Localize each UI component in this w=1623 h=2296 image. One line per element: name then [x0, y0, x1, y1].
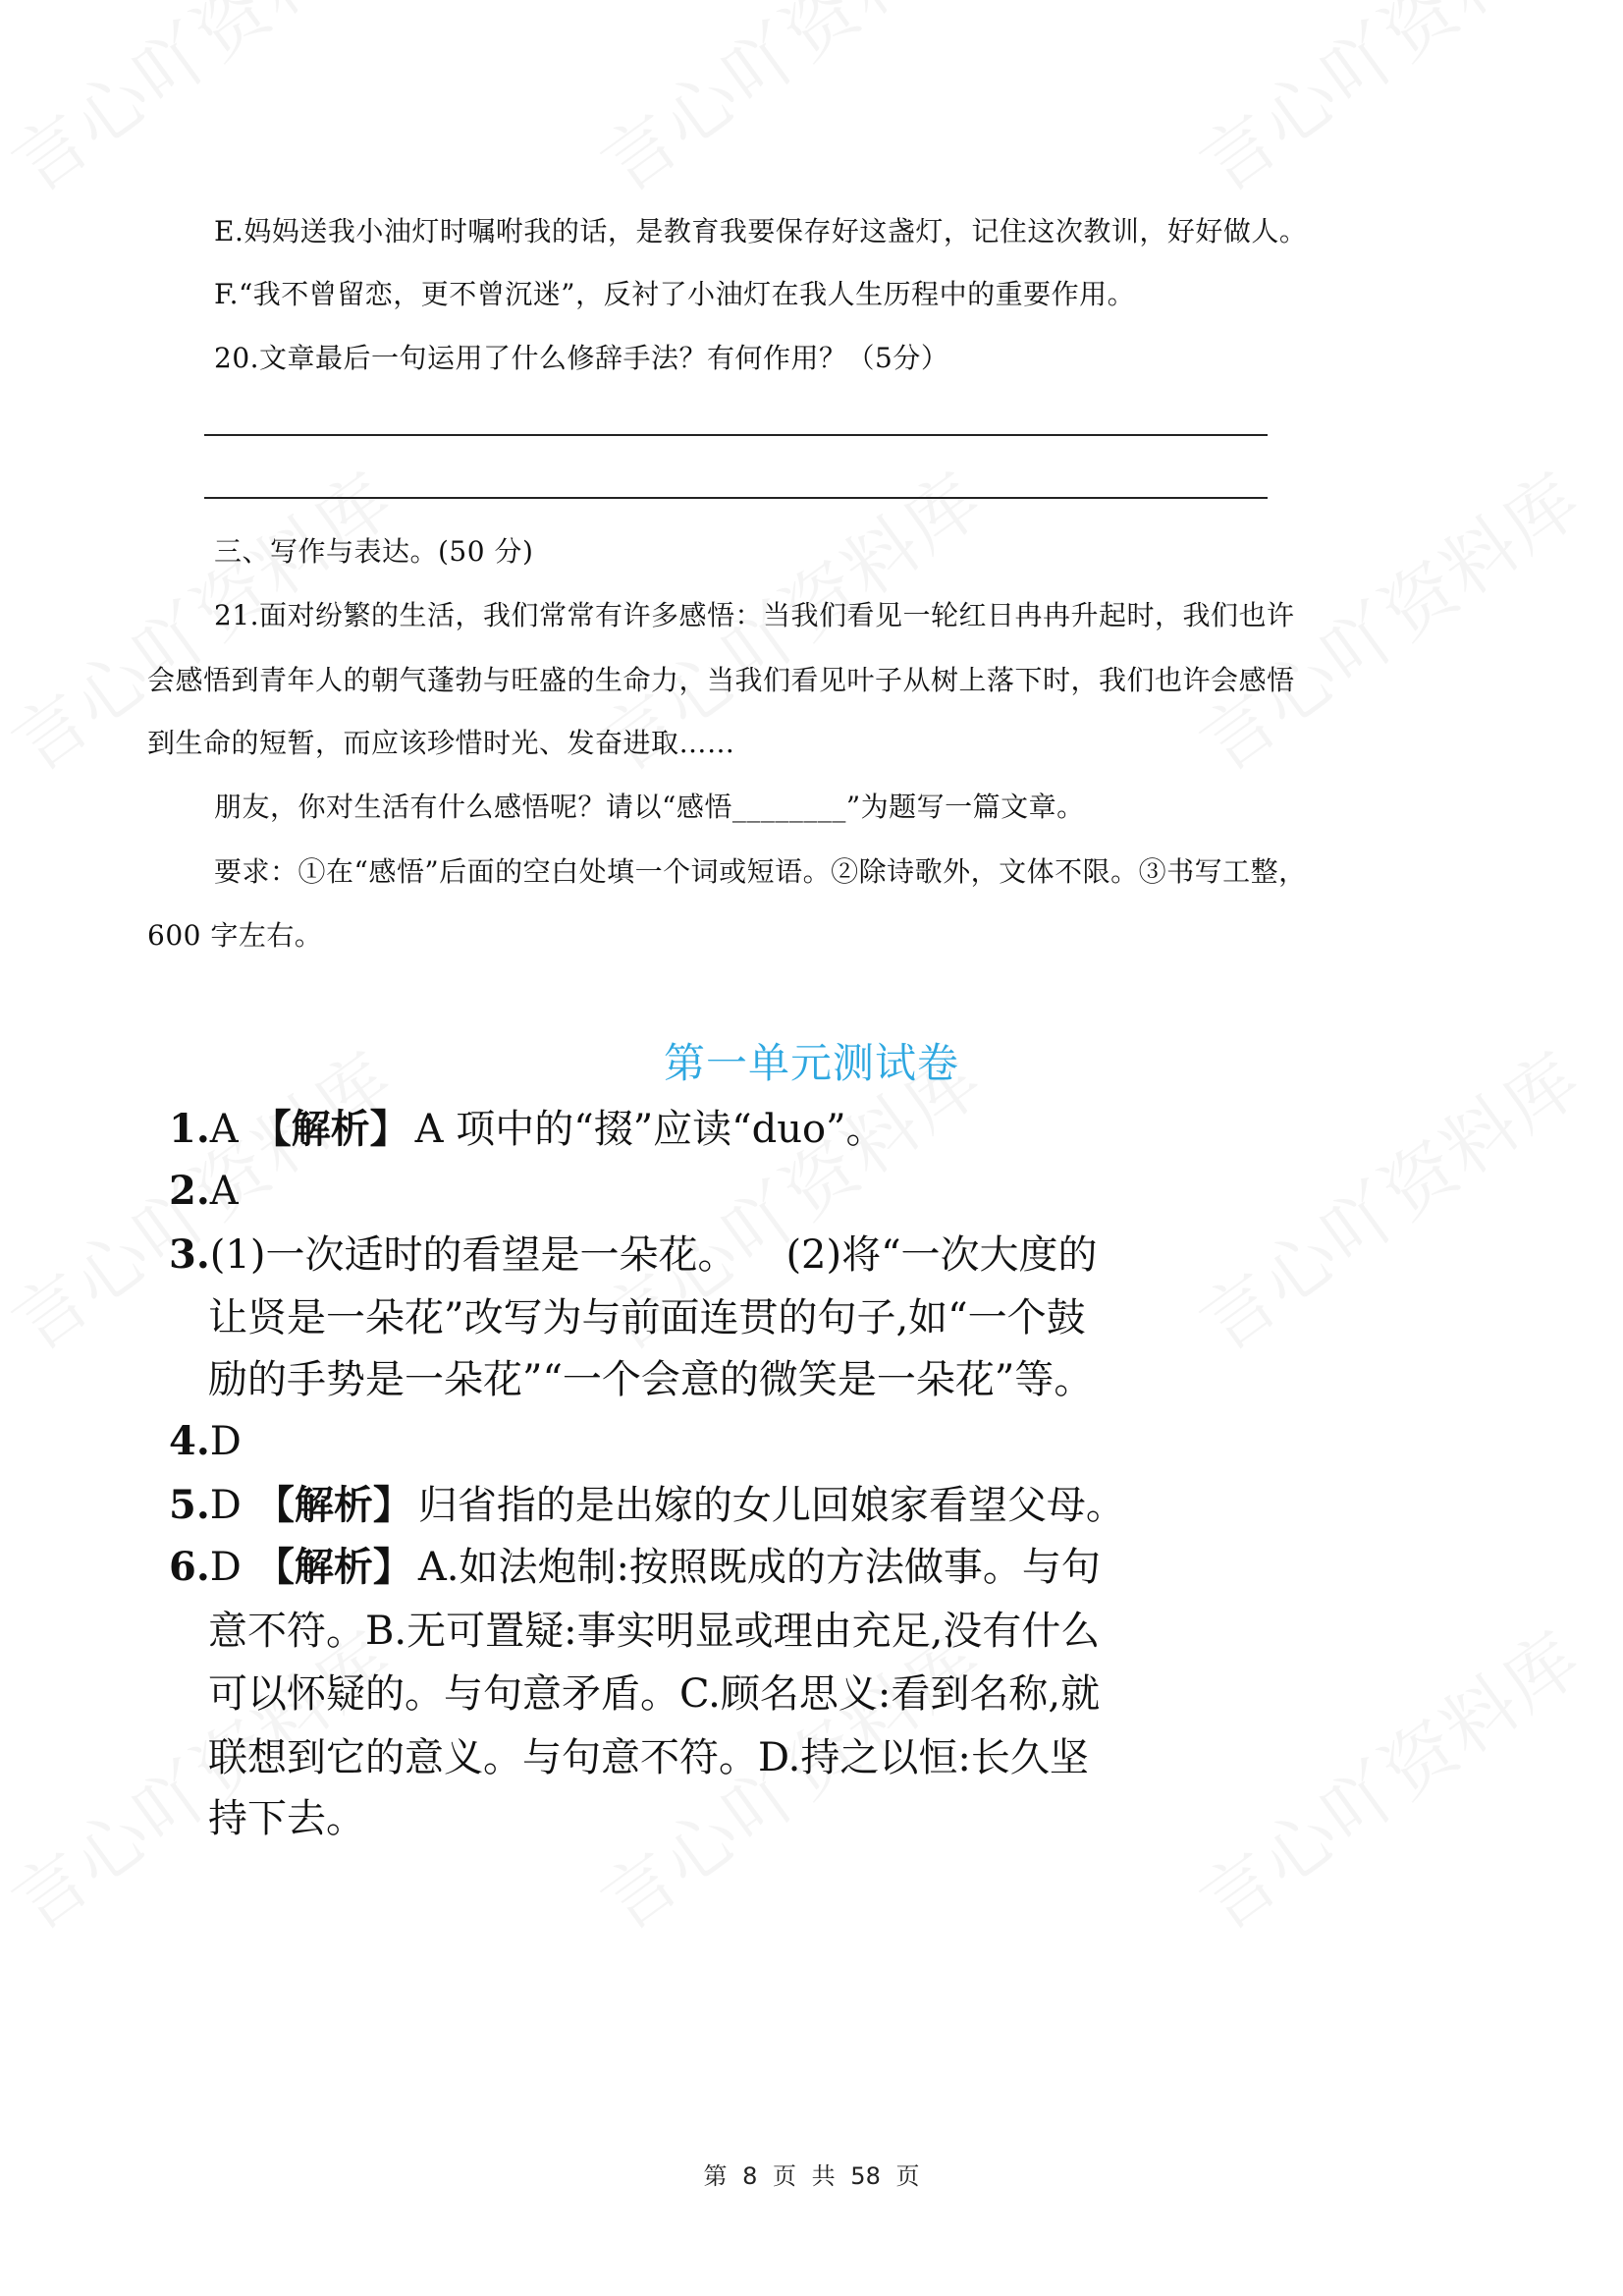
answer-3-cont: 让贤是一朵花”改写为与前面连贯的句子,如“一个鼓 [208, 1292, 1086, 1343]
question-21-line-2: 会感悟到青年人的朝气蓬勃与旺盛的生命力，当我们看见叶子从树上落下时，我们也许会感… [147, 663, 1295, 698]
analysis-tag: 【解析】 [252, 1107, 409, 1152]
answer-6-cont: 联想到它的意义。与句意不符。D.持之以恒:长久坚 [208, 1732, 1089, 1783]
section-3-heading: 三、写作与表达。(50 分) [214, 534, 533, 570]
answer-2: 2.A [169, 1166, 239, 1217]
answer-6-cont: 意不符。B.无可置疑:事实明显或理由充足,没有什么 [208, 1606, 1100, 1657]
answer-number: 1 [169, 1106, 196, 1152]
answer-choice: A [210, 1107, 239, 1152]
answer-1: 1.A【解析】A 项中的“掇”应读“duo”。 [169, 1104, 886, 1155]
analysis-tag: 【解析】 [255, 1483, 412, 1528]
analysis-tag: 【解析】 [255, 1545, 412, 1590]
answer-number: 5 [169, 1482, 196, 1528]
answer-line-2[interactable] [204, 497, 1268, 499]
answer-choice: D [210, 1419, 242, 1464]
answer-number: 4 [169, 1418, 196, 1464]
answer-text: (1)一次适时的看望是一朵花。 [210, 1232, 737, 1278]
question-21-line-1: 21.面对纷繁的生活，我们常常有许多感悟：当我们看见一轮红日冉冉升起时，我们也许 [214, 598, 1295, 633]
answer-number: 2 [169, 1168, 196, 1214]
answer-5: 5.D【解析】归省指的是出嫁的女儿回娘家看望父母。 [169, 1480, 1125, 1531]
answer-number: 3 [169, 1231, 196, 1278]
answer-6-cont: 可以怀疑的。与句意矛盾。C.顾名思义:看到名称,就 [208, 1668, 1100, 1720]
question-20: 20.文章最后一句运用了什么修辞手法？有何作用？（5分） [214, 341, 948, 376]
answer-6-cont: 持下去。 [208, 1793, 365, 1844]
answer-text: (2)将“一次大度的 [785, 1232, 1097, 1278]
answer-text: 归省指的是出嫁的女儿回娘家看望父母。 [418, 1483, 1125, 1528]
answer-text: A.如法炮制:按照既成的方法做事。与句 [418, 1545, 1101, 1590]
answer-3-cont: 励的手势是一朵花”“一个会意的微笑是一朵花”等。 [208, 1354, 1093, 1405]
question-21-prompt: 朋友，你对生活有什么感悟呢？请以“感悟________”为题写一篇文章。 [214, 790, 1085, 825]
answer-text: A 项中的“掇”应读“duo”。 [415, 1107, 886, 1152]
answers-section-title: 第一单元测试卷 [0, 1036, 1623, 1091]
question-21-line-3: 到生命的短暂，而应该珍惜时光、发奋进取…… [147, 726, 735, 761]
question-21-requirements: 要求：①在“感悟”后面的空白处填一个词或短语。②除诗歌外，文体不限。③书写工整， [214, 854, 1307, 890]
answer-4: 4.D [169, 1416, 242, 1467]
answer-6: 6.D【解析】A.如法炮制:按照既成的方法做事。与句 [169, 1542, 1101, 1593]
answer-choice: D [210, 1545, 242, 1590]
option-f: F.“我不曾留恋，更不曾沉迷”，反衬了小油灯在我人生历程中的重要作用。 [214, 277, 1135, 312]
answer-choice: A [210, 1169, 239, 1214]
answer-number: 6 [169, 1544, 196, 1590]
page-number: 第 8 页 共 58 页 [0, 2157, 1623, 2191]
answer-line-1[interactable] [204, 434, 1268, 436]
page-content: E.妈妈送我小油灯时嘱咐我的话，是教育我要保存好这盏灯，记住这次教训，好好做人。… [0, 0, 1623, 2296]
answer-3: 3.(1)一次适时的看望是一朵花。(2)将“一次大度的 [169, 1230, 1098, 1281]
answer-choice: D [210, 1483, 242, 1528]
question-21-requirements-cont: 600 字左右。 [147, 918, 322, 954]
option-e: E.妈妈送我小油灯时嘱咐我的话，是教育我要保存好这盏灯，记住这次教训，好好做人。 [214, 214, 1307, 249]
